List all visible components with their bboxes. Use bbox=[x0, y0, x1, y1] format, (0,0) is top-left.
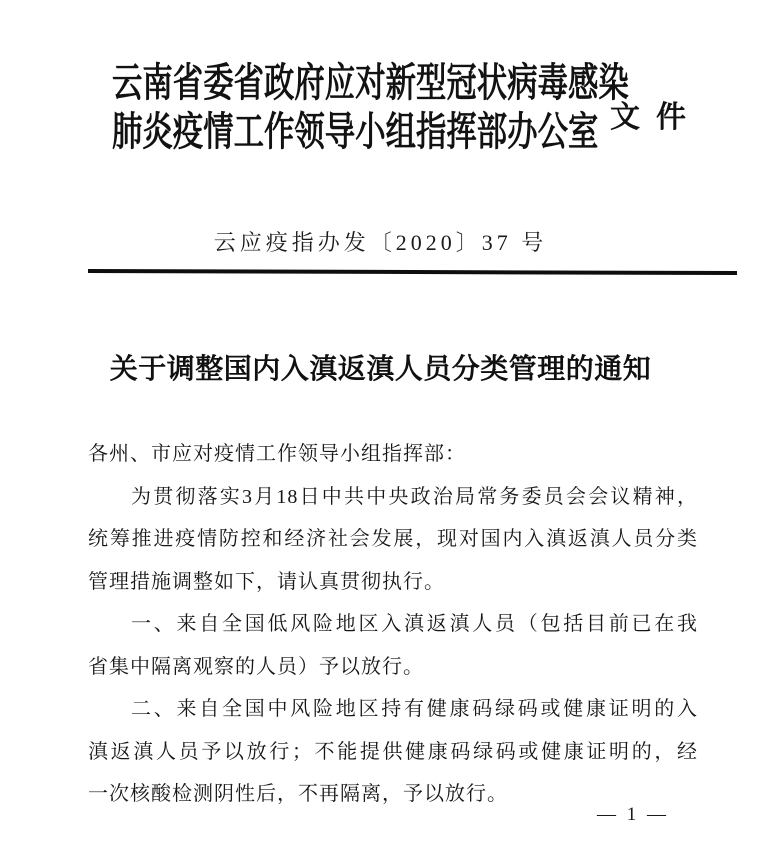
body-line: 统筹推进疫情防控和经济社会发展，现对国内入滇返滇人员分类 bbox=[88, 518, 698, 561]
page-number: — 1 — bbox=[597, 804, 669, 826]
document-title: 关于调整国内入滇返滇人员分类管理的通知 bbox=[0, 347, 761, 387]
body-line-item-2: 二、来自全国中风险地区持有健康码绿码或健康证明的入 bbox=[88, 688, 698, 731]
body-line: 为贯彻落实3月18日中共中央政治局常务委员会会议精神， bbox=[88, 476, 698, 519]
letterhead-org-name: 云南省委省政府应对新型冠状病毒感染 肺炎疫情工作领导小组指挥部办公室 bbox=[112, 58, 644, 156]
document-body: 各州、市应对疫情工作领导小组指挥部： 为贯彻落实3月18日中共中央政治局常务委员… bbox=[88, 433, 698, 816]
document-number: 云应疫指办发〔2020〕37 号 bbox=[0, 226, 761, 257]
letterhead-org-line-2: 肺炎疫情工作领导小组指挥部办公室 bbox=[112, 107, 644, 156]
letterhead-separator-rule bbox=[88, 269, 737, 275]
body-line: 管理措施调整如下，请认真贯彻执行。 bbox=[88, 561, 698, 604]
letterhead-doc-type-label: 文件 bbox=[610, 92, 702, 136]
document-page: 云南省委省政府应对新型冠状病毒感染 肺炎疫情工作领导小组指挥部办公室 文件 云应… bbox=[0, 0, 761, 851]
letterhead-org-line-1: 云南省委省政府应对新型冠状病毒感染 bbox=[112, 58, 644, 107]
body-line: 省集中隔离观察的人员）予以放行。 bbox=[88, 646, 698, 689]
body-line-item-1: 一、来自全国低风险地区入滇返滇人员（包括目前已在我 bbox=[88, 603, 698, 646]
body-line-salutation: 各州、市应对疫情工作领导小组指挥部： bbox=[88, 433, 698, 476]
body-line: 滇返滇人员予以放行；不能提供健康码绿码或健康证明的，经 bbox=[88, 731, 698, 774]
